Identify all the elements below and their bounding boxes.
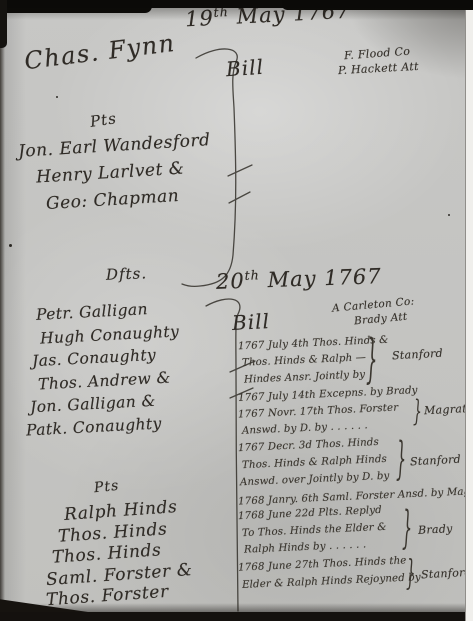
entry1-tick-2 [229,192,250,203]
page-edge-right-margin [465,10,473,621]
docket-line: Elder & Ralph Hinds Rejoyned by [242,572,421,591]
side-attorney-name: Brady [418,522,453,537]
side-attorney-name: Stanford [392,347,444,363]
entry2-party-name: Jas. Conaughty [32,346,157,370]
docket-line: 1768 June 27th Thos. Hinds the [238,555,407,573]
docket-line: Ralph Hinds by . . . . . . [244,539,367,555]
side-attorney-name: Stanford [410,453,462,469]
entry1-parties-label: Pts [89,109,118,131]
entry1-tick-1 [228,165,252,176]
docket-brace: } [396,437,406,482]
docket-line: Thos. Hinds & Ralph Hinds [242,454,387,471]
entry1-party-name: Geo: Chapman [46,186,180,214]
docket-line: 1767 Decr. 3d Thos. Hinds [238,437,379,454]
entry2-bill-label: Bill [231,309,270,335]
manuscript-page: 19th May 1767 Chas. Fynn Bill F. Flood C… [0,0,473,621]
entry1-plaintiff-name: Chas. Fynn [23,29,177,75]
entry2-party-name: Patk. Conaughty [26,414,163,439]
docket-line: 1768 Janry. 6th Saml. Forster Ansd. by M… [238,485,473,507]
entry2-parties-label: Pts [93,478,120,497]
docket-brace: } [402,506,412,551]
docket-line: Answd. by D. by . . . . . . [242,420,368,436]
entry1-brace-divider [182,49,237,286]
entry1-bill-label: Bill [225,55,264,82]
docket-line: Thos. Hinds & Ralph — [242,352,366,368]
entry2-party-name: Hugh Conaughty [40,322,180,347]
date-heading-20-may: 20th May 1767 [216,263,382,294]
docket-brace: } [366,336,377,388]
page-edge-top-shadow [0,8,473,20]
docket-line: 1768 June 22d Plts. Replyd [238,505,382,522]
docket-line: 1767 Novr. 17th Thos. Forster [238,403,399,421]
date-ordinal: th [244,267,260,283]
page-edge-bottom [0,612,473,621]
ink-speck [448,214,450,216]
docket-brace: } [406,557,416,592]
entry2-party-name: Thos. Andrew & [38,369,171,394]
docket-line: 1767 July 14th Excepns. by Brady [238,385,418,404]
date-rest: May 1767 [260,264,382,292]
entry2-party-name: Jon. Galligan & [30,392,157,417]
date-day: 20 [216,269,246,294]
entry2-attorney-name: Brady Att [354,311,408,328]
docket-line: Answd. over Jointly by D. by [240,471,390,489]
entry1-party-name: Jon. Earl Wandesford [18,130,211,162]
docket-line: Hindes Ansr. Jointly by [244,369,366,385]
entry1-party-name: Henry Larlvet & [36,158,185,187]
docket-brace: } [413,398,422,427]
page-corner-top-left [0,0,7,48]
docket-line: To Thos. Hinds the Elder & [242,522,387,539]
ink-speck [56,96,58,98]
entry1-defendants-label: Dfts. [106,264,148,283]
entry2-party-name: Petr. Galligan [36,300,149,324]
entry2-brace-divider [206,299,240,611]
page-edge-left [0,0,5,621]
